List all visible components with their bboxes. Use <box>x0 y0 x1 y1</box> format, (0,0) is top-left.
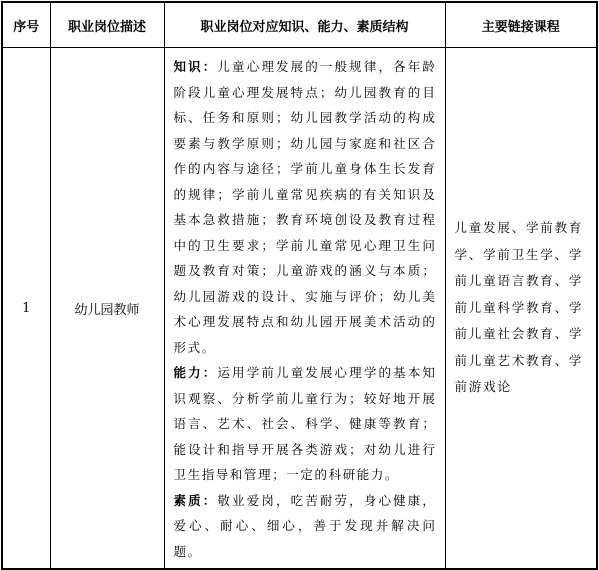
curriculum-table: 序号 职业岗位描述 职业岗位对应知识、能力、素质结构 主要链接课程 1 幼儿园教… <box>1 1 598 556</box>
quality-paragraph: 素质：敬业爱岗，吃苦耐劳，身心健康，爱心、耐心、细心，善于发现并解决问题。 <box>174 488 437 557</box>
header-index: 序号 <box>2 2 50 48</box>
header-position: 职业岗位描述 <box>50 2 164 48</box>
cell-index: 1 <box>2 48 50 557</box>
cell-courses: 儿童发展、学前教育学、学前卫生学、学前儿童语言教育、学前儿童科学教育、学前儿童社… <box>445 48 597 557</box>
knowledge-paragraph: 知识：儿童心理发展的一般规律，各年龄阶段儿童心理发展特点；幼儿园教育的目标、任务… <box>174 54 437 360</box>
knowledge-label: 知识： <box>174 59 218 74</box>
knowledge-text: 儿童心理发展的一般规律，各年龄阶段儿童心理发展特点；幼儿园教育的目标、任务和原则… <box>174 59 437 355</box>
cell-structure: 知识：儿童心理发展的一般规律，各年龄阶段儿童心理发展特点；幼儿园教育的目标、任务… <box>164 48 445 557</box>
ability-text: 运用学前儿童发展心理学的基本知识观察、分析学前儿童行为；较好地开展语言、艺术、社… <box>174 365 437 482</box>
header-structure: 职业岗位对应知识、能力、素质结构 <box>164 2 445 48</box>
ability-paragraph: 能力：运用学前儿童发展心理学的基本知识观察、分析学前儿童行为；较好地开展语言、艺… <box>174 360 437 488</box>
table-header-row: 序号 职业岗位描述 职业岗位对应知识、能力、素质结构 主要链接课程 <box>2 2 597 48</box>
cell-position: 幼儿园教师 <box>50 48 164 557</box>
table-row: 1 幼儿园教师 知识：儿童心理发展的一般规律，各年龄阶段儿童心理发展特点；幼儿园… <box>2 48 597 557</box>
ability-label: 能力： <box>174 365 218 380</box>
header-courses: 主要链接课程 <box>445 2 597 48</box>
quality-label: 素质： <box>174 493 218 508</box>
